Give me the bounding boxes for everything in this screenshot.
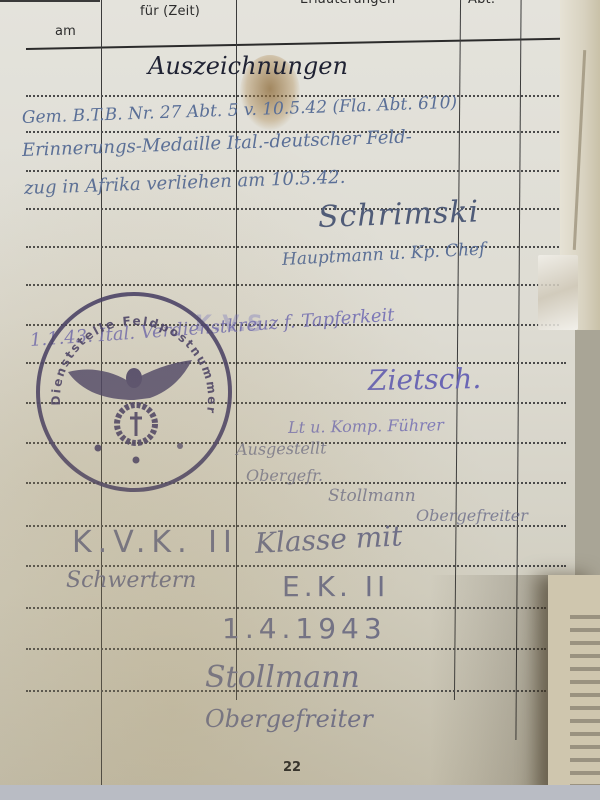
entry-line-13: Obergefreiter xyxy=(205,705,373,733)
entry-line-4: Hauptmann u. Kp. Chef xyxy=(281,239,485,270)
row-line xyxy=(26,565,566,567)
signature-1: Schrimski xyxy=(317,194,479,235)
eagle-emblem-icon: Dienststelle Feldpostnummer 43434 xyxy=(40,296,228,488)
header-fuer-zeit: für (Zeit) xyxy=(140,4,200,19)
top-border xyxy=(0,0,100,2)
page-number: 22 xyxy=(283,760,301,775)
row-line xyxy=(26,208,566,210)
adhesive-tape xyxy=(538,255,578,330)
entry-line-11: 1.4.1943 xyxy=(222,612,387,645)
page-edges xyxy=(570,615,600,800)
signature-2: Zietsch. xyxy=(368,362,482,397)
section-title: Auszeichnungen xyxy=(148,52,348,80)
circular-stamp: Dienststelle Feldpostnummer 43434 xyxy=(36,292,232,492)
entry-line-9b: Klasse mit xyxy=(254,519,403,560)
entry-line-7b: Obergefr. xyxy=(246,466,323,485)
entry-line-8b: Obergefreiter xyxy=(416,506,528,525)
entry-line-7a: Ausgestellt xyxy=(236,438,327,459)
entry-line-12: Stollmann xyxy=(205,660,360,695)
entry-line-8a: Stollmann xyxy=(328,486,416,506)
entry-line-6: Lt u. Komp. Führer xyxy=(288,415,444,437)
row-line xyxy=(26,284,566,286)
header-abt: Abt. xyxy=(468,0,495,7)
header-erlaeuterungen: Erläuterungen xyxy=(300,0,395,7)
background-surface xyxy=(0,785,600,800)
entry-line-9a: K.V.K. II xyxy=(72,525,238,560)
book-page-stack xyxy=(548,575,600,800)
header-divider xyxy=(26,38,561,50)
entry-line-10b: E.K. II xyxy=(282,570,389,603)
header-am: am xyxy=(55,24,76,39)
page-shadow xyxy=(430,575,550,790)
entry-line-10a: Schwertern xyxy=(66,568,196,593)
